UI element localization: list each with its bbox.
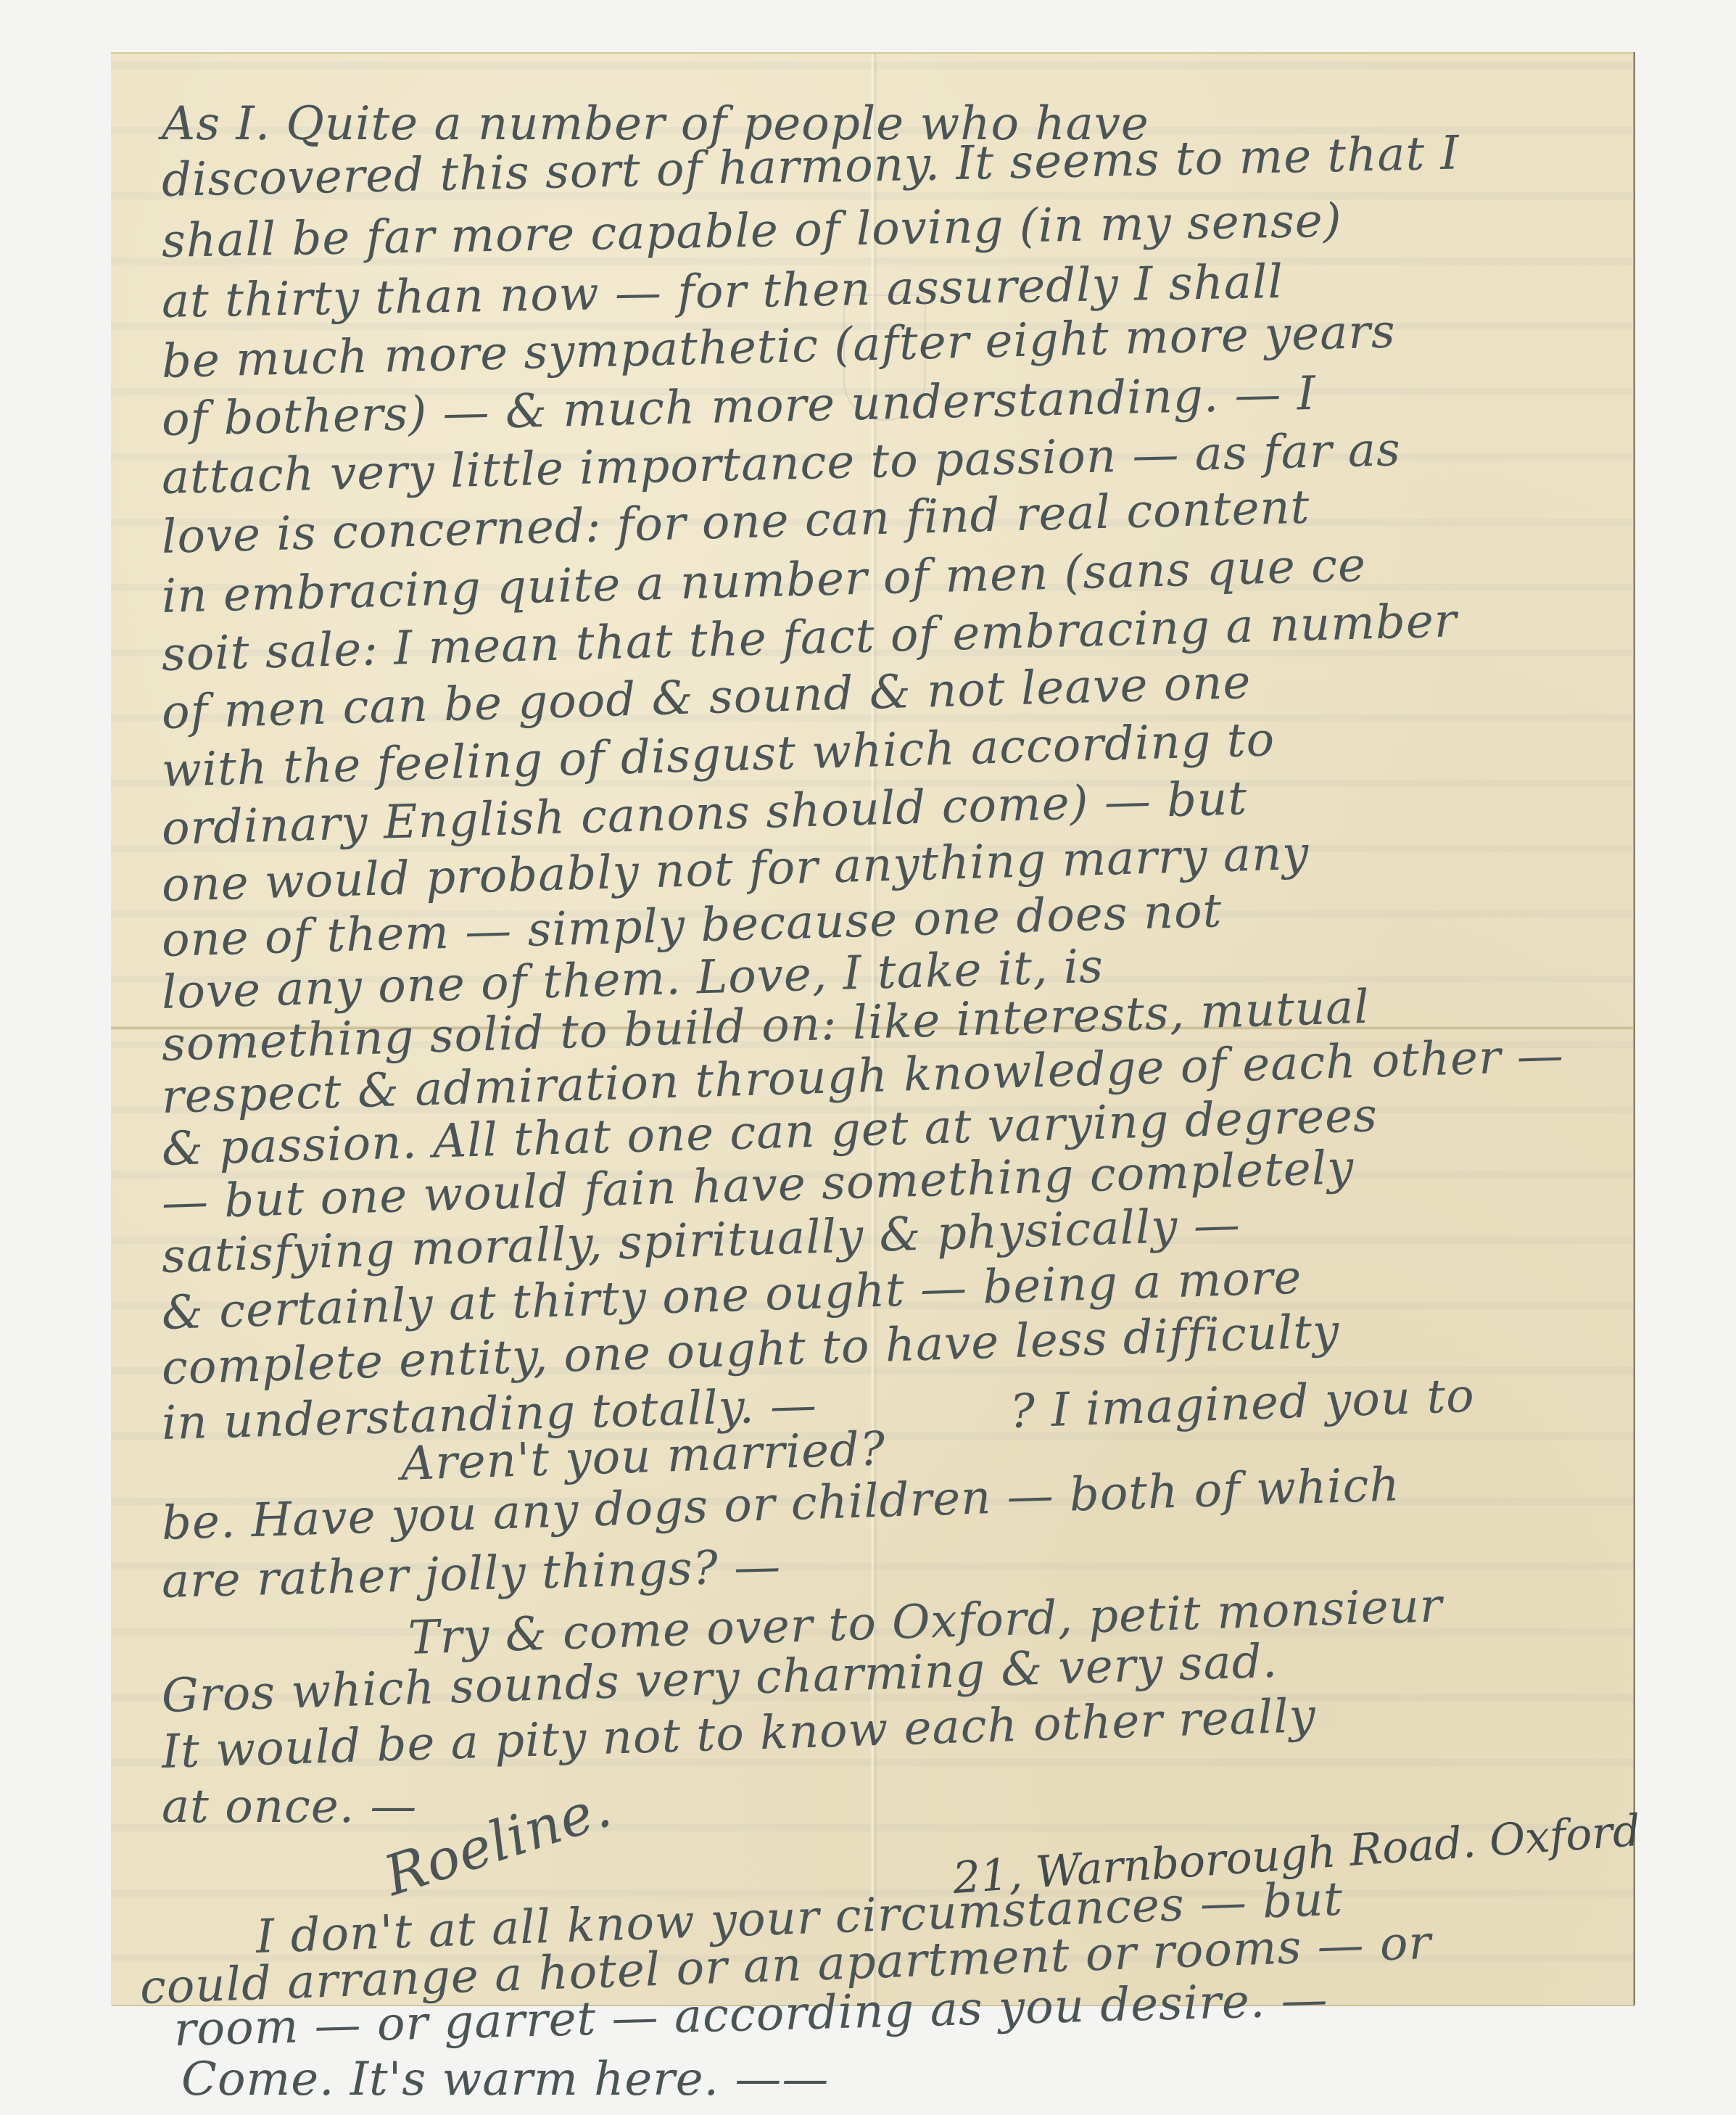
letter-line: are rather jolly things? — (161, 1540, 782, 1609)
letter-line-fragment: ? I imagined you to (1009, 1369, 1476, 1439)
letter-page: As I. Quite a number of people who have … (111, 52, 1633, 2005)
letter-line: at once. — (162, 1780, 417, 1834)
postscript-line: Come. It's warm here. —— (181, 2053, 829, 2106)
